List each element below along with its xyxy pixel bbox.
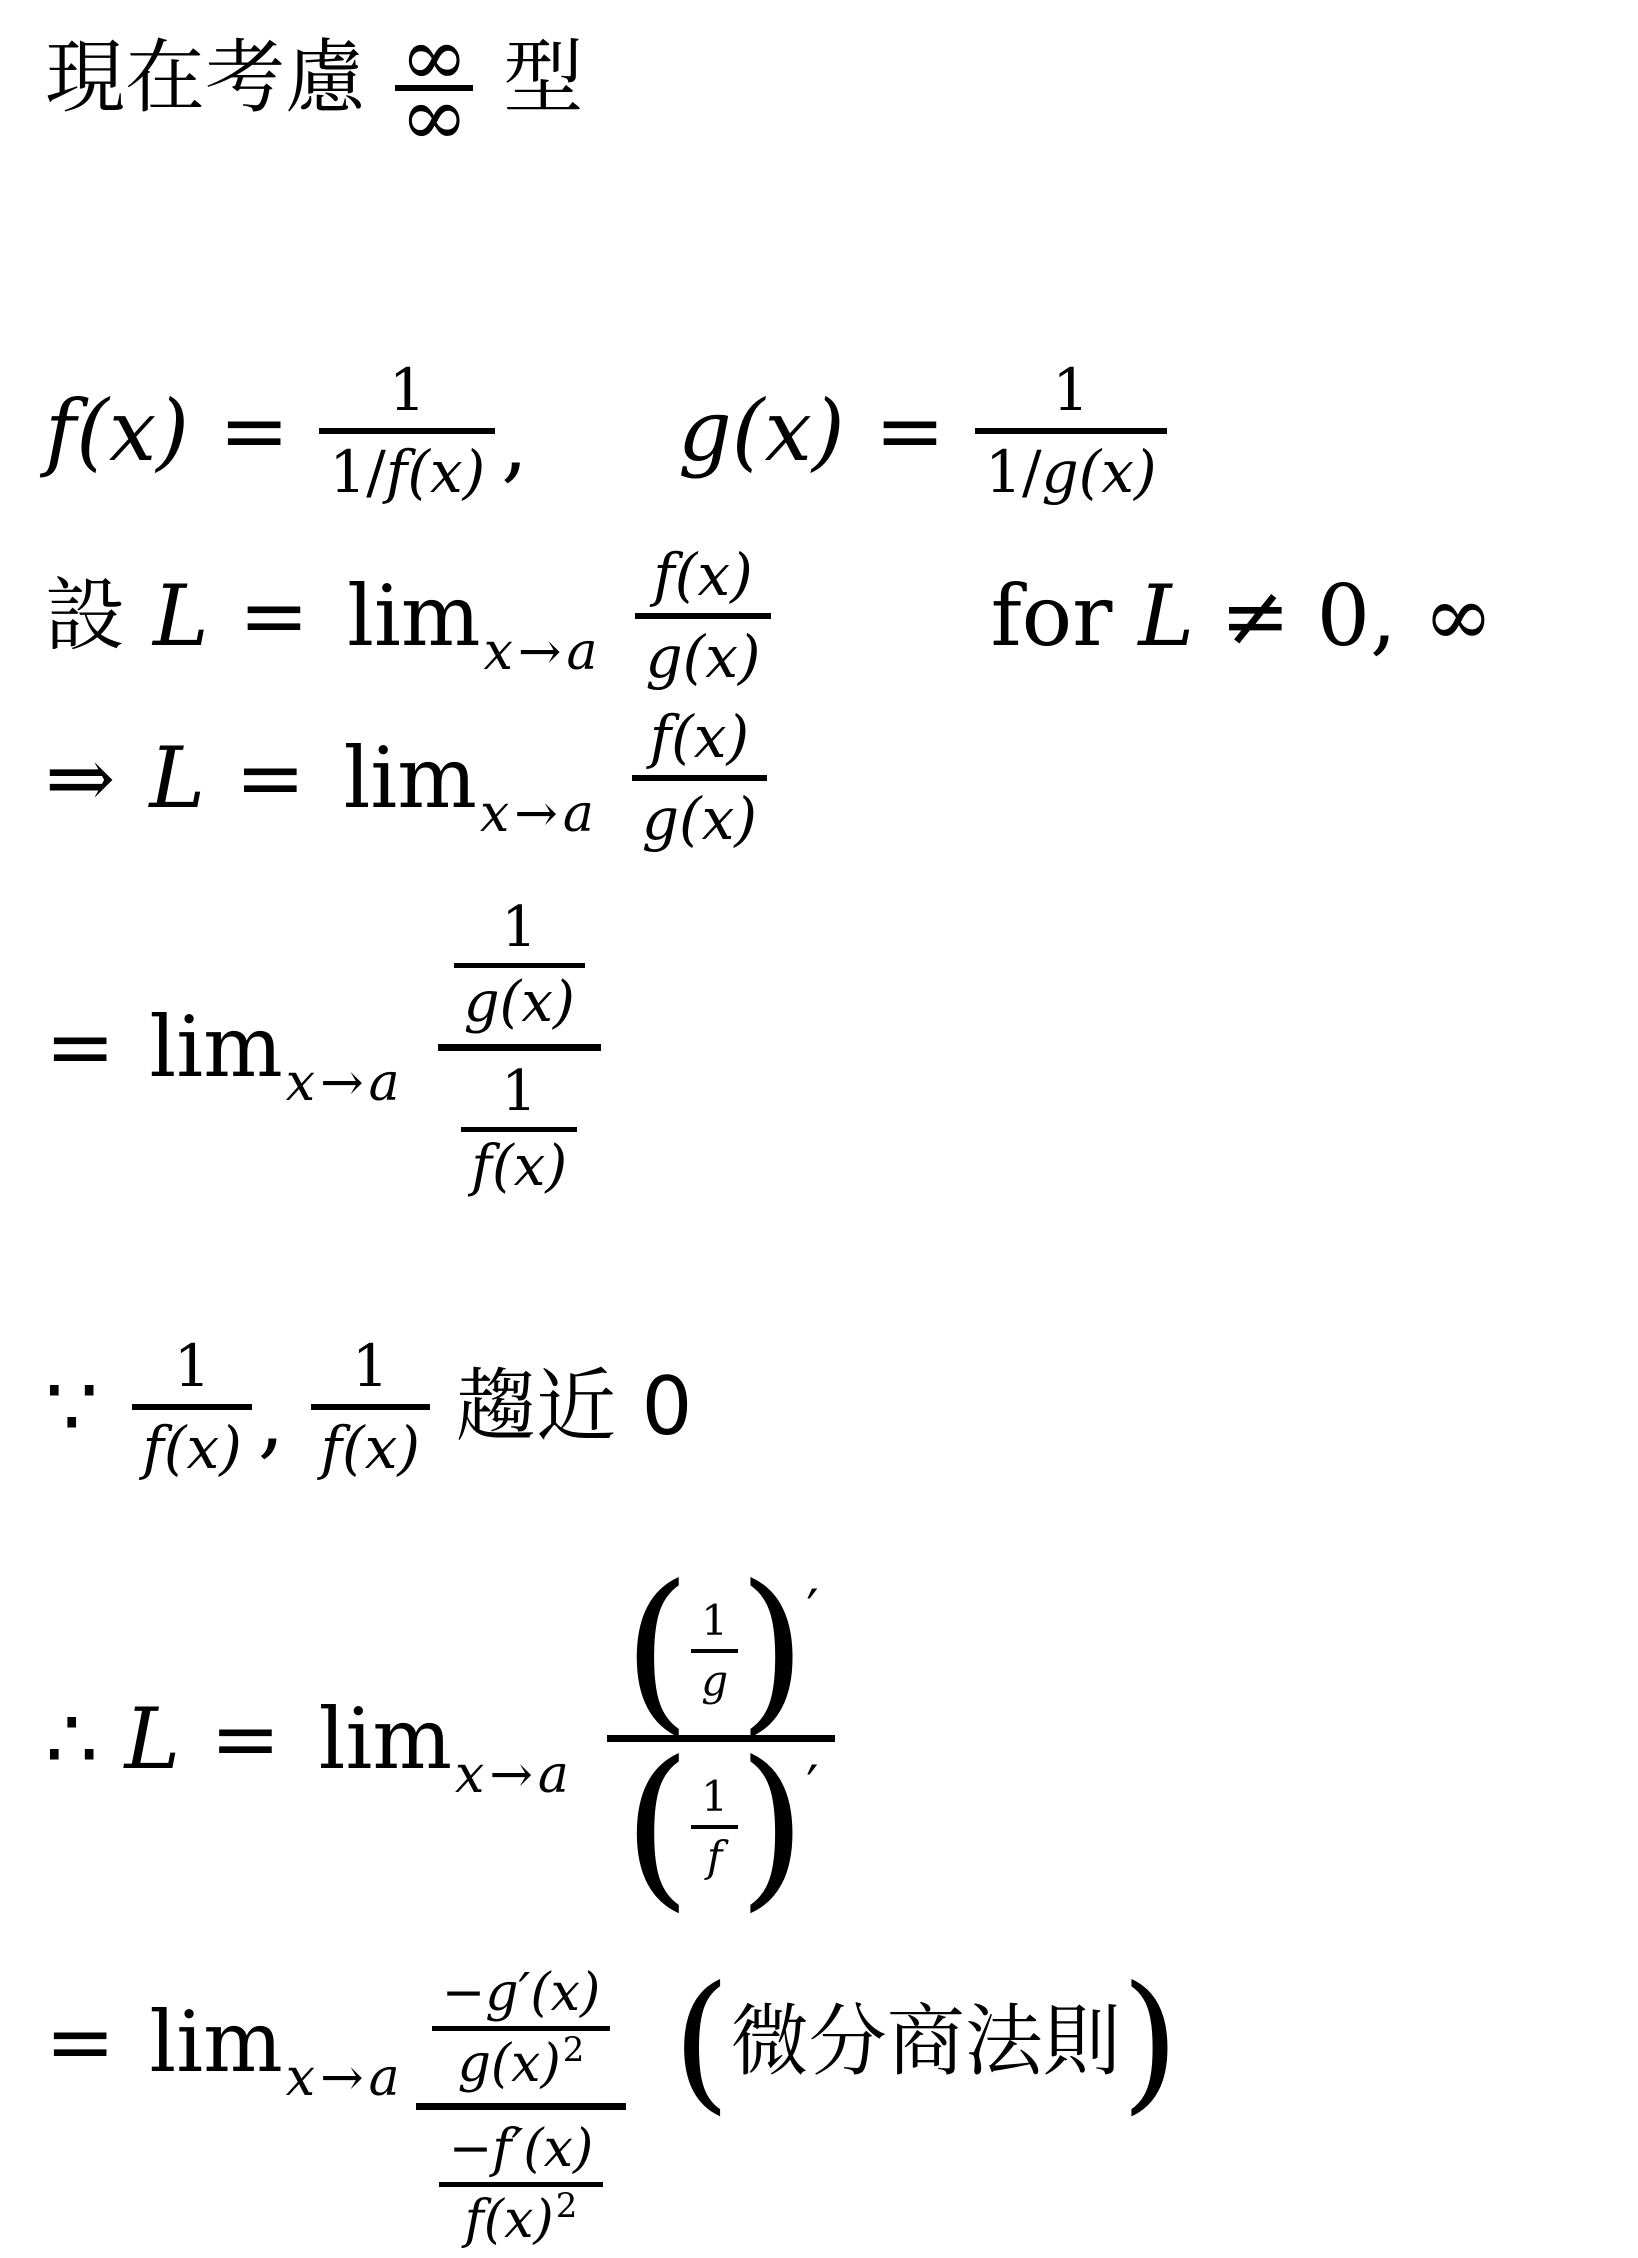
neg-f-prime-over-f-squared: −f′(x) f(x)2 bbox=[439, 2123, 604, 2246]
lim-word: lim bbox=[319, 1697, 452, 1781]
f-of-x: f(x) bbox=[132, 1419, 251, 1477]
prime-mark: ′ bbox=[806, 1583, 818, 1637]
equals-sign: = bbox=[875, 389, 945, 473]
approaches-zero-text: 趨近 0 bbox=[456, 1367, 692, 1447]
g-of-x: g(x) bbox=[1042, 438, 1157, 506]
prime-mark: ′ bbox=[806, 1759, 818, 1813]
f-reciprocal-fraction: 1 1/f(x) bbox=[319, 361, 495, 501]
f-over-g-fraction: f(x) g(x) bbox=[632, 708, 767, 848]
because-line: ∵ 1 f(x) , 1 f(x) 趨近 0 bbox=[45, 1337, 1638, 1477]
equals-sign: = bbox=[45, 1005, 115, 1089]
fraction-bar bbox=[132, 1404, 251, 1410]
numerator-one: 1 bbox=[691, 1776, 738, 1818]
stacked-reciprocal-fraction: 1 g(x) 1 f(x) bbox=[438, 898, 601, 1197]
reciprocal-definitions-line: f(x) = 1 1/f(x) , g(x) = 1 1/g(x) bbox=[45, 361, 1638, 501]
outer-numerator: 1 g(x) bbox=[438, 898, 601, 1033]
title-line: 現在考慮 ∞ ∞ 型 bbox=[45, 25, 1638, 131]
limit-operator: lim x→a bbox=[149, 1005, 401, 1089]
for-word: for bbox=[991, 574, 1113, 658]
limit-operator: lim x→a bbox=[319, 1697, 571, 1781]
f-of-x: f(x) bbox=[465, 2190, 554, 2250]
one-over-f-fraction: 1 f(x) bbox=[461, 1064, 577, 1195]
comma: , bbox=[501, 401, 528, 485]
denominator-one-over-f: 1/f(x) bbox=[319, 443, 495, 501]
reciprocal-ratio-line: = lim x→a 1 g(x) 1 f(x) bbox=[45, 898, 1638, 1197]
one-slash: 1/ bbox=[329, 438, 385, 506]
g-of-x: g(x) bbox=[635, 628, 770, 686]
L-variable: L bbox=[149, 736, 205, 820]
f-of-x: f(x) bbox=[311, 1419, 430, 1477]
one-over-g-fraction: 1 g(x) bbox=[454, 900, 585, 1031]
therefore-symbol: ∴ bbox=[45, 1697, 98, 1781]
fraction-bar bbox=[691, 1649, 738, 1653]
fraction-bar bbox=[461, 1127, 577, 1132]
numerator-one: 1 bbox=[164, 1337, 221, 1395]
therefore-line: ∴ L = lim x→a ( 1 g ) ′ bbox=[45, 1577, 1638, 1901]
fraction-bar bbox=[311, 1404, 430, 1410]
fraction-bar bbox=[416, 2103, 627, 2110]
zero-and-infinity: 0, ∞ bbox=[1317, 574, 1494, 658]
outer-denominator: 1 f(x) bbox=[445, 1062, 593, 1197]
equals-sign: = bbox=[45, 2000, 115, 2084]
close-paren: ) bbox=[738, 1755, 806, 1899]
neg-g-prime-over-g-squared: −g′(x) g(x)2 bbox=[432, 1967, 611, 2090]
L-variable: L bbox=[153, 574, 209, 658]
equals-sign: = bbox=[219, 389, 289, 473]
double-arrow-icon: ⇒ bbox=[45, 736, 115, 820]
lim-word: lim bbox=[149, 1005, 282, 1089]
quotient-rule-line: = lim x→a −g′(x) g(x)2 −f′(x) f(x)2 bbox=[45, 1901, 1638, 2184]
fraction-bar bbox=[438, 1044, 601, 1051]
open-paren: ( bbox=[623, 1579, 691, 1723]
limit-operator: lim x→a bbox=[344, 736, 596, 820]
limit-operator: lim x→a bbox=[347, 574, 599, 658]
numerator-one: 1 bbox=[491, 900, 547, 956]
title-prefix-text: 現在考慮 bbox=[45, 38, 365, 118]
L-variable: L bbox=[1138, 574, 1194, 658]
f-variable: f bbox=[697, 1836, 733, 1878]
fraction-bar bbox=[635, 613, 770, 619]
one-over-f-fraction: 1 f(x) bbox=[132, 1337, 251, 1477]
f-of-x: f(x) bbox=[461, 1139, 577, 1195]
g-reciprocal-fraction: 1 1/g(x) bbox=[975, 361, 1167, 501]
one-over-g-fraction: 1 g bbox=[691, 1600, 738, 1702]
title-suffix-text: 型 bbox=[503, 38, 583, 118]
g-of-x: g(x) bbox=[458, 2034, 561, 2094]
outer-denominator: ( 1 f ) ′ bbox=[607, 1753, 835, 1901]
lim-subscript-x-to-a: x→a bbox=[484, 626, 603, 678]
quotient-rule-note: ( 微分商法則 ) bbox=[672, 1979, 1179, 2107]
equals-sign: = bbox=[210, 1697, 280, 1781]
open-paren: ( bbox=[623, 1755, 691, 1899]
math-notes-page: 現在考慮 ∞ ∞ 型 f(x) = 1 1/f(x) , g(x) = 1 1/… bbox=[0, 0, 1638, 2184]
lim-word: lim bbox=[149, 2000, 282, 2084]
neg-f-prime-of-x: −f′(x) bbox=[439, 2123, 604, 2175]
g-of-x-squared: g(x)2 bbox=[448, 2038, 595, 2090]
equals-sign: = bbox=[235, 736, 305, 820]
lim-subscript-x-to-a: x→a bbox=[286, 1057, 405, 1109]
g-of-x: g(x) bbox=[632, 790, 767, 848]
equals-sign: = bbox=[239, 574, 309, 658]
L-variable: L bbox=[124, 1697, 180, 1781]
lim-subscript-x-to-a: x→a bbox=[455, 1749, 574, 1801]
comma: , bbox=[258, 1377, 285, 1461]
close-paren: ) bbox=[738, 1579, 806, 1723]
limit-operator: lim x→a bbox=[149, 2000, 401, 2084]
f-over-g-fraction: f(x) g(x) bbox=[635, 546, 770, 686]
derivative-ratio-fraction: ( 1 g ) ′ ( 1 f bbox=[607, 1577, 835, 1901]
lim-word: lim bbox=[344, 736, 477, 820]
outer-numerator: ( 1 g ) ′ bbox=[607, 1577, 835, 1725]
because-symbol: ∵ bbox=[45, 1365, 98, 1449]
infinity-denominator: ∞ bbox=[395, 95, 473, 141]
she-character: 設 bbox=[45, 576, 125, 656]
one-slash: 1/ bbox=[985, 438, 1041, 506]
f-of-x: f(x) bbox=[643, 546, 762, 604]
numerator-one: 1 bbox=[379, 361, 436, 419]
one-over-f-prime-group: ( 1 f ) ′ bbox=[623, 1755, 819, 1899]
exponent-two: 2 bbox=[556, 2186, 578, 2226]
not-equal-sign: ≠ bbox=[1220, 574, 1290, 658]
implies-line: ⇒ L = lim x→a f(x) g(x) bbox=[45, 708, 1638, 848]
numerator-one: 1 bbox=[491, 1064, 547, 1120]
numerator-one: 1 bbox=[342, 1337, 399, 1395]
neg-g-prime-of-x: −g′(x) bbox=[432, 1967, 611, 2019]
outer-numerator: −g′(x) g(x)2 bbox=[416, 1965, 627, 2092]
fraction-bar bbox=[439, 2182, 604, 2187]
close-paren: ) bbox=[1121, 1979, 1180, 2107]
g-of-x-lhs: g(x) bbox=[678, 389, 845, 473]
f-of-x-lhs: f(x) bbox=[45, 389, 189, 473]
quotient-rule-note-text: 微分商法則 bbox=[731, 2003, 1121, 2081]
open-paren: ( bbox=[672, 1979, 731, 2107]
denominator-one-over-g: 1/g(x) bbox=[975, 443, 1167, 501]
lim-word: lim bbox=[347, 574, 480, 658]
lim-subscript-x-to-a: x→a bbox=[480, 788, 599, 840]
outer-denominator: −f′(x) f(x)2 bbox=[423, 2121, 620, 2248]
g-variable: g bbox=[691, 1660, 738, 1702]
infinity-over-infinity-fraction: ∞ ∞ bbox=[395, 35, 473, 141]
f-of-x-squared: f(x)2 bbox=[455, 2194, 588, 2246]
one-over-f-fraction: 1 f(x) bbox=[311, 1337, 430, 1477]
fraction-bar bbox=[691, 1825, 738, 1829]
numerator-one: 1 bbox=[691, 1600, 738, 1642]
exponent-two: 2 bbox=[563, 2030, 585, 2070]
lim-subscript-x-to-a: x→a bbox=[286, 2052, 405, 2104]
derivative-quotient-fraction: −g′(x) g(x)2 −f′(x) f(x)2 bbox=[416, 1965, 627, 2248]
f-of-x: f(x) bbox=[640, 708, 759, 766]
fraction-bar bbox=[975, 428, 1167, 434]
one-over-f-fraction: 1 f bbox=[691, 1776, 738, 1878]
one-over-g-prime-group: ( 1 g ) ′ bbox=[623, 1579, 819, 1723]
set-L-line: 設 L = lim x→a f(x) g(x) for L ≠ 0, ∞ bbox=[45, 546, 1638, 686]
fraction-bar bbox=[632, 775, 767, 781]
fraction-bar bbox=[319, 428, 495, 434]
numerator-one: 1 bbox=[1042, 361, 1099, 419]
f-of-x: f(x) bbox=[386, 438, 485, 506]
g-of-x: g(x) bbox=[454, 975, 585, 1031]
fraction-bar bbox=[454, 963, 585, 968]
